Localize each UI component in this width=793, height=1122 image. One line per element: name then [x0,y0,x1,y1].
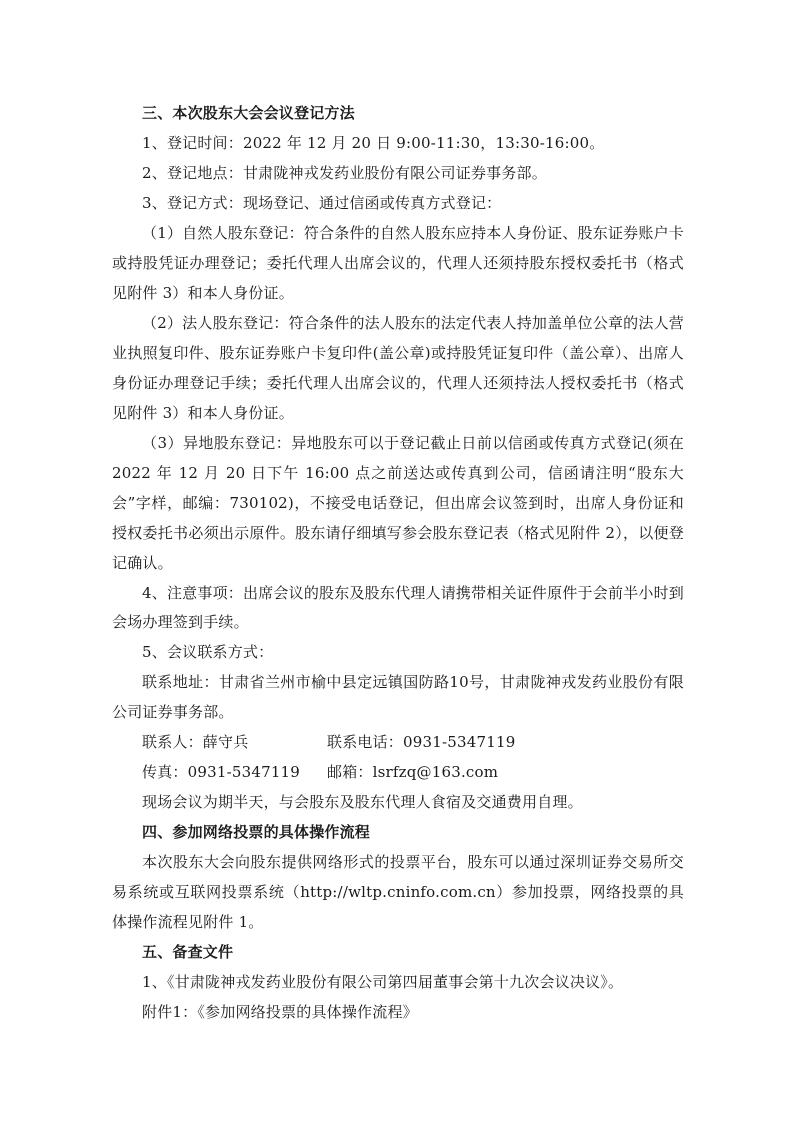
section-3-heading: 三、本次股东大会会议登记方法 [112,99,684,129]
contact-methods: 5、会议联系方式： [112,638,684,668]
notes: 4、注意事项：出席会议的股东及股东代理人请携带相关证件原件于会前半小时到会场办理… [112,579,684,639]
legal-person-registration: （2）法人股东登记：符合条件的法人股东的法定代表人持加盖单位公章的法人营业执照复… [112,309,684,429]
remote-registration: （3）异地股东登记：异地股东可以于登记截止日前以信函或传真方式登记(须在 202… [112,429,684,579]
contact-person: 联系人：薛守兵 [142,728,248,758]
section-5-heading: 五、备查文件 [112,938,684,968]
contact-email: 邮箱：lsrfzq@163.com [327,758,498,788]
registration-time: 1、登记时间：2022 年 12 月 20 日 9:00-11:30，13:30… [112,129,684,159]
online-voting-body: 本次股东大会向股东提供网络形式的投票平台，股东可以通过深圳证券交易所交易系统或互… [112,848,684,938]
document-page: 三、本次股东大会会议登记方法 1、登记时间：2022 年 12 月 20 日 9… [112,99,684,1028]
contact-fax: 传真：0931-5347119 [142,758,300,788]
registration-method: 3、登记方式：现场登记、通过信函或传真方式登记： [112,189,684,219]
meeting-note: 现场会议为期半天，与会股东及股东代理人食宿及交通费用自理。 [112,788,684,818]
natural-person-registration: （1）自然人股东登记：符合条件的自然人股东应持本人身份证、股东证券账户卡或持股凭… [112,219,684,309]
registration-location: 2、登记地点：甘肃陇神戎发药业股份有限公司证券事务部。 [112,159,684,189]
contact-row-person-phone: 联系人：薛守兵 联系电话：0931-5347119 [112,728,684,758]
contact-phone: 联系电话：0931-5347119 [327,728,515,758]
attachment-1: 附件1：《参加网络投票的具体操作流程》 [112,998,684,1028]
reference-document-1: 1、《甘肃陇神戎发药业股份有限公司第四届董事会第十九次会议决议》。 [112,968,684,998]
section-4-heading: 四、参加网络投票的具体操作流程 [112,818,684,848]
contact-row-fax-email: 传真：0931-5347119 邮箱：lsrfzq@163.com [112,758,684,788]
contact-address: 联系地址：甘肃省兰州市榆中县定远镇国防路10号，甘肃陇神戎发药业股份有限公司证券… [112,668,684,728]
